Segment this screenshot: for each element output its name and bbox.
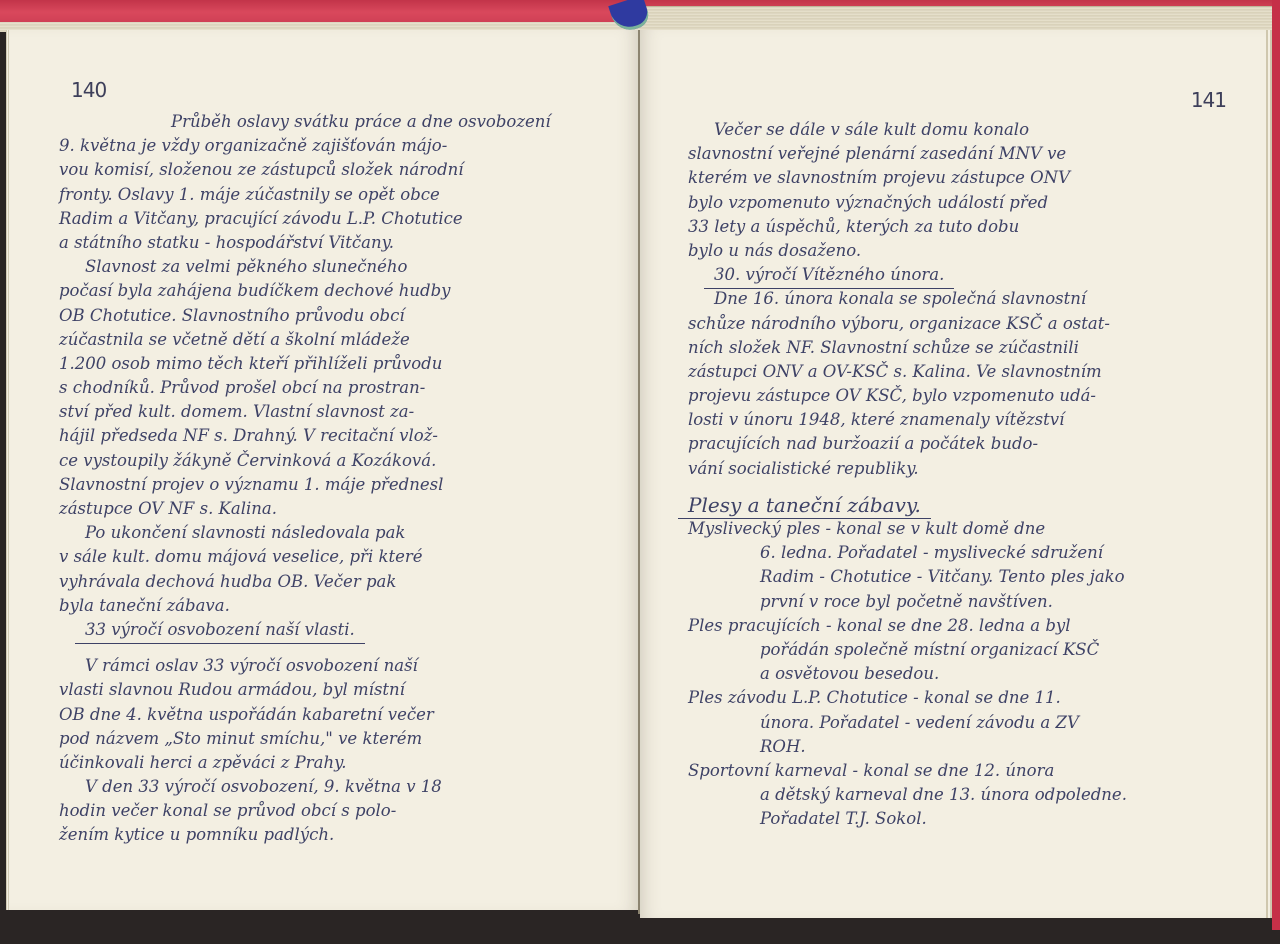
text-line: účinkovali herci a zpěváci z Prahy.	[59, 751, 619, 775]
text-line: vou komisí, složenou ze zástupců složek …	[59, 158, 619, 182]
text-line: 9. května je vždy organizačně zajišťován…	[59, 134, 619, 158]
text-line: byla taneční zábava.	[59, 594, 619, 618]
page-number-left: 140	[71, 78, 106, 102]
right-page: 141 Večer se dále v sále kult domu konal…	[640, 30, 1272, 918]
entry-line: a dětský karneval dne 13. února odpoledn…	[688, 783, 1248, 807]
left-page: 140 Průběh oslavy svátku práce a dne osv…	[6, 30, 638, 910]
section-heading-text: 30. výročí Vítězného února.	[704, 263, 954, 289]
text-line: vání socialistické republiky.	[688, 457, 1248, 481]
page-number-right: 141	[1191, 88, 1226, 112]
text-line: bylo vzpomenuto význačných událostí před	[688, 191, 1248, 215]
text-line: ních složek NF. Slavnostní schůze se zúč…	[688, 336, 1248, 360]
text-line: Po ukončení slavnosti následovala pak	[59, 521, 619, 545]
left-page-text: Průběh oslavy svátku práce a dne osvoboz…	[59, 110, 619, 848]
entry-line: Radim - Chotutice - Vitčany. Tento ples …	[688, 565, 1248, 589]
text-line: Průběh oslavy svátku práce a dne osvoboz…	[59, 110, 619, 134]
text-line: Dne 16. února konala se společná slavnos…	[688, 287, 1248, 311]
text-line: s chodníků. Průvod prošel obcí na prostr…	[59, 376, 619, 400]
text-line: zúčastnila se včetně dětí a školní mláde…	[59, 328, 619, 352]
entry-line: první v roce byl početně navštíven.	[688, 590, 1248, 614]
right-page-text: Večer se dále v sále kult domu konalo sl…	[688, 118, 1248, 831]
text-line: bylo u nás dosaženo.	[688, 239, 1248, 263]
entry-line: února. Pořadatel - vedení závodu a ZV	[688, 711, 1248, 735]
text-line: losti v únoru 1948, které znamenaly vítě…	[688, 408, 1248, 432]
text-line: vlasti slavnou Rudou armádou, byl místní	[59, 678, 619, 702]
text-line: hájil předseda NF s. Drahný. V recitační…	[59, 424, 619, 448]
text-line: zástupci ONV a OV-KSČ s. Kalina. Ve slav…	[688, 360, 1248, 384]
entry-first-line: Myslivecký ples - konal se v kult domě d…	[688, 517, 1248, 541]
text-line: Radim a Vitčany, pracující závodu L.P. C…	[59, 207, 619, 231]
text-line: fronty. Oslavy 1. máje zúčastnily se opě…	[59, 183, 619, 207]
text-line: pracujících nad buržoazií a počátek budo…	[688, 432, 1248, 456]
text-line: vyhrávala dechová hudba OB. Večer pak	[59, 570, 619, 594]
text-line: OB dne 4. května uspořádán kabaretní več…	[59, 703, 619, 727]
section-heading-text: Plesy a taneční zábavy.	[678, 493, 931, 519]
entry-first-line: Ples závodu L.P. Chotutice - konal se dn…	[688, 686, 1248, 710]
text-line: žením kytice u pomníku padlých.	[59, 823, 619, 847]
text-line: v sále kult. domu májová veselice, při k…	[59, 545, 619, 569]
section-heading-february: 30. výročí Vítězného února.	[688, 263, 1248, 287]
text-line: 1.200 osob mimo těch kteří přihlíželi pr…	[59, 352, 619, 376]
text-line: ství před kult. domem. Vlastní slavnost …	[59, 400, 619, 424]
text-line: kterém ve slavnostním projevu zástupce O…	[688, 166, 1248, 190]
text-line: Večer se dále v sále kult domu konalo	[688, 118, 1248, 142]
text-line: a státního statku - hospodářství Vitčany…	[59, 231, 619, 255]
book-cover-right-edge	[1272, 0, 1280, 930]
section-heading-liberation: 33 výročí osvobození naší vlasti.	[59, 618, 619, 642]
text-line: OB Chotutice. Slavnostního průvodu obcí	[59, 304, 619, 328]
entry-first-line: Sportovní karneval - konal se dne 12. ún…	[688, 759, 1248, 783]
text-line: projevu zástupce OV KSČ, bylo vzpomenuto…	[688, 384, 1248, 408]
entry-first-line: Ples pracujících - konal se dne 28. ledn…	[688, 614, 1248, 638]
text-line: V rámci oslav 33 výročí osvobození naší	[59, 654, 619, 678]
entry-line: 6. ledna. Pořadatel - myslivecké sdružen…	[688, 541, 1248, 565]
text-line: zástupce OV NF s. Kalina.	[59, 497, 619, 521]
text-line: ce vystoupily žákyně Červinková a Kozáko…	[59, 449, 619, 473]
text-line: slavnostní veřejné plenární zasedání MNV…	[688, 142, 1248, 166]
text-line: Slavnost za velmi pěkného slunečného	[59, 255, 619, 279]
text-line: 33 lety a úspěchů, kterých za tuto dobu	[688, 215, 1248, 239]
text-line: schůze národního výboru, organizace KSČ …	[688, 312, 1248, 336]
text-line: hodin večer konal se průvod obcí s polo-	[59, 799, 619, 823]
text-line: V den 33 výročí osvobození, 9. května v …	[59, 775, 619, 799]
entry-line: pořádán společně místní organizací KSČ	[688, 638, 1248, 662]
entry-line: a osvětovou besedou.	[688, 662, 1248, 686]
text-line: Slavnostní projev o významu 1. máje před…	[59, 473, 619, 497]
entry-line: Pořadatel T.J. Sokol.	[688, 807, 1248, 831]
spacer	[688, 481, 1248, 493]
section-heading-balls: Plesy a taneční zábavy.	[688, 493, 1248, 517]
entry-line: ROH.	[688, 735, 1248, 759]
section-heading-text: 33 výročí osvobození naší vlasti.	[75, 618, 365, 644]
text-line: pod názvem „Sto minut smíchu," ve kterém	[59, 727, 619, 751]
text-line: počasí byla zahájena budíčkem dechové hu…	[59, 279, 619, 303]
